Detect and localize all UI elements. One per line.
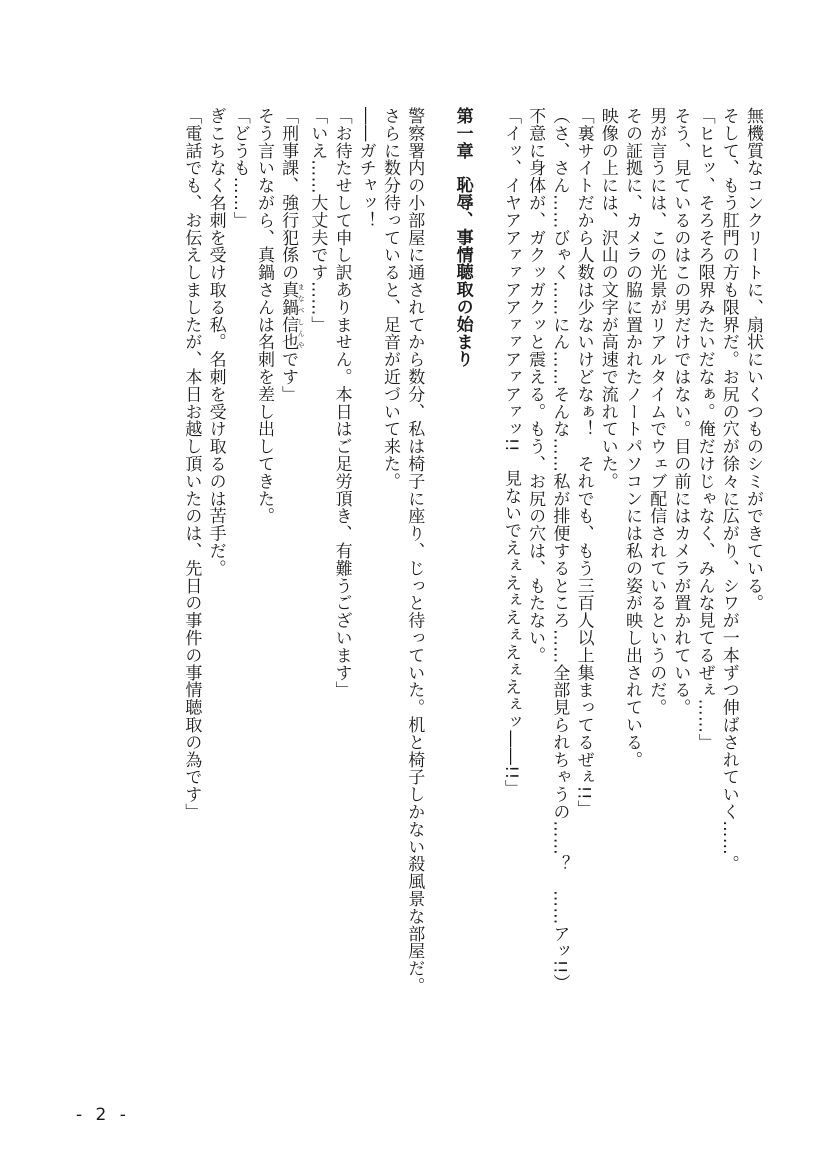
text-line: 「イッ、イヤアアァァアアァァアァアァッ!! 見ないでえぇえぇえぇえぇえぇッ――!… <box>499 107 523 1087</box>
text-line: 男が言うには、この光景がリアルタイムでウェブ配信されているというのだ。 <box>644 107 668 1087</box>
text-line: ぎこちなく名刺を受け取る私。名刺を受け取るのは苦手だ。 <box>203 107 227 1087</box>
name-with-furigana: 真鍋信也まなべしんや <box>278 281 298 351</box>
furigana: まなべしんや <box>297 281 305 351</box>
text-line: 無機質なコンクリートに、扇状にいくつものシミができている。 <box>741 107 765 1087</box>
blank-line <box>475 107 499 1087</box>
text-line: そう言いながら、真鍋さんは名刺を差し出してきた。 <box>252 107 276 1087</box>
page-number: - 2 - <box>76 1105 130 1125</box>
text-line: 不意に身体が、ガクッガクッと震える。もう、お尻の穴は、もたない。 <box>523 107 547 1087</box>
text-line: （さ、さん……びゃく……にん……そんな……私が排便するところ……全部見られちゃう… <box>547 107 571 1087</box>
text-line: 「裏サイトだから人数は少ないけどなぁ！ それでも、もう三百人以上集まってるぜぇ!… <box>571 107 595 1087</box>
dialogue-suffix: です」 <box>278 351 298 403</box>
text-line: そして、もう肛門の方も限界だ。お尻の穴が徐々に広がり、シワが一本ずつ伸ばされてい… <box>717 107 741 1087</box>
text-line: 「どうも……」 <box>228 107 252 1087</box>
ruby-base: 真鍋信也 <box>278 281 298 351</box>
chapter-heading: 第一章 恥辱、事情聴取の始まり <box>450 107 474 1087</box>
text-line: 「電話でも、お伝えしましたが、本日お越し頂いたのは、先日の事件の事情聴取の為です… <box>179 107 203 1087</box>
text-line: 映像の上には、沢山の文字が高速で流れていた。 <box>596 107 620 1087</box>
dialogue-prefix: 「刑事課、強行犯係の <box>278 107 298 281</box>
text-line: その証拠に、カメラの脇に置かれたノートパソコンには私の姿が映し出されている。 <box>620 107 644 1087</box>
dialogue-line-with-ruby: 「刑事課、強行犯係の真鍋信也まなべしんやです」 <box>276 107 305 1087</box>
chapter-number: 第一章 <box>453 107 473 159</box>
chapter-title-text: 恥辱、事情聴取の始まり <box>453 176 473 367</box>
heading-spacer <box>450 159 474 176</box>
text-line: 「お待たせして申し訳ありません。本日はご足労頂き、有難うございます」 <box>329 107 353 1087</box>
text-line: 「いえ……大丈夫です……」 <box>305 107 329 1087</box>
blank-line <box>426 107 450 1087</box>
text-line: さらに数分待っていると、足音が近づいて来た。 <box>378 107 402 1087</box>
text-line: 「ヒヒッ、そろそろ限界みたいだなぁ。俺だけじゃなく、みんな見てるぜぇ……」 <box>692 107 716 1087</box>
text-line: そう、見ているのはこの男だけではない。目の前にはカメラが置かれている。 <box>668 107 692 1087</box>
text-line: ――ガチャッ！ <box>354 107 378 1087</box>
vertical-text-body: 無機質なコンクリートに、扇状にいくつものシミができている。 そして、もう肛門の方… <box>179 107 765 1087</box>
text-line: 警察署内の小部屋に通されてから数分、私は椅子に座り、じっと待っていた。机と椅子し… <box>402 107 426 1087</box>
